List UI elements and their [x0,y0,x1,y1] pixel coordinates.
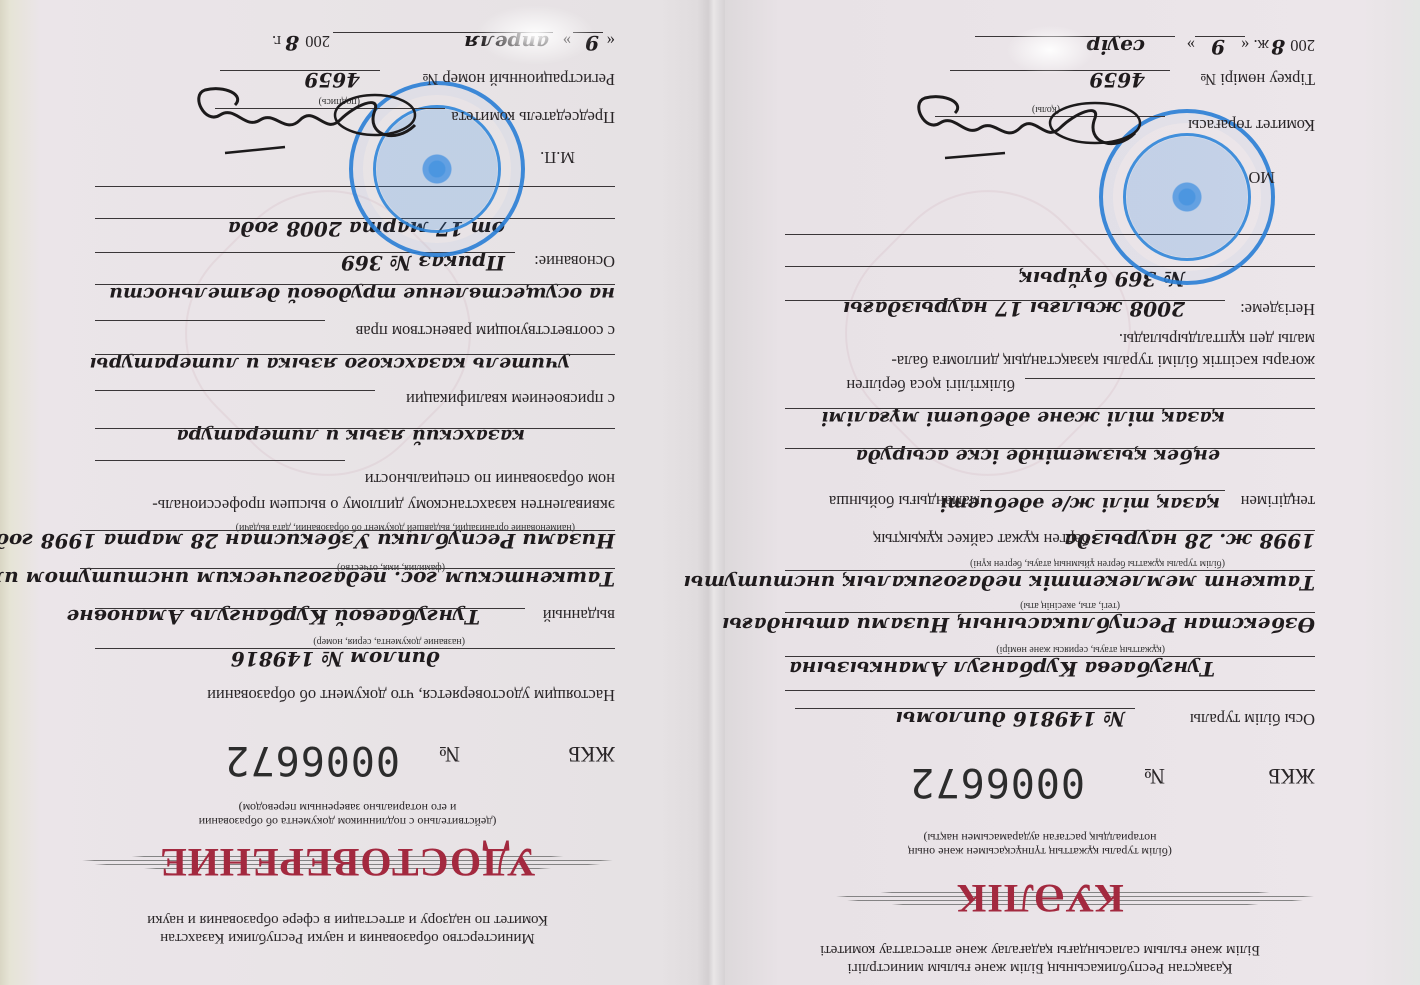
ru-date-prefix: 200 [305,31,330,51]
kz-number-sign: № [1144,763,1165,789]
kz-subtitle-1: (білім туралы құжаттың түпнұсқасымен жән… [765,845,1315,859]
ru-text-equiv-1: эквивалентен казахстанскому диплому о вы… [152,495,615,515]
kz-text-given: берген құжат сайкес құқықтық [873,529,1090,549]
ru-doc-value: диплом № 149816 [231,647,440,671]
ru-header-line-2: Комитет по надзору и аттестации в сфере … [80,911,615,929]
kz-caption-org: (білім туралы құжатты берген ұйымның ата… [970,558,1225,569]
ru-number-sign: № [439,741,460,767]
kz-text-spec: мамандығы бойынша [829,491,980,511]
ru-reg-label: Регистрационный номер № [423,69,615,89]
ru-text-qual: с присвоением квалификации [406,389,615,409]
kz-title: КУӘЛІК [765,875,1315,921]
kz-reg-label: Тіркеу нөмірі № [1200,69,1315,89]
kz-spec-value: қазақ тілі ж/е әдебиеті [940,493,1220,515]
kz-date-value: 1998 ж. 28 наурызда [1064,529,1315,553]
kz-name-value: Тунгубаева Курбангул Аманкызына [789,657,1215,681]
kz-header-line-2: Білім және ғылым саласындағы қадағалау ж… [765,941,1315,959]
center-fold [697,0,725,985]
kz-caption-doc: (құжаттың атауы, сериясы және нөмірі) [996,644,1165,655]
ru-date-year: 8 [285,31,299,55]
ru-basis-label: Основание: [534,251,615,271]
ru-subtitle-1: (действительно с подлинником документа о… [80,815,615,829]
ru-caption-org: (наименование организации, выдавшей доку… [236,522,575,533]
kz-text-end-2: малы деп құпталдырылады. [1119,329,1315,349]
ru-series: ЖКБ [568,741,615,767]
kz-chair-label: Комитет төрағасы [1188,115,1315,135]
kz-date-close: » [1187,35,1195,55]
signature-kz [895,83,1155,173]
russian-page: Министерство образования и науки Республ… [80,0,615,985]
ru-qual-value: учитель казахского языка и литературы [90,353,570,375]
kz-text-qual: біліктілігі қоса берілген [846,375,1015,395]
ru-chair-label: Председатель комитета [451,107,615,127]
kz-date-prefix: 200 [1290,35,1315,55]
ru-title: УДОСТОВЕРЕНИЕ [80,839,615,885]
kazakh-page: Қазақстан Республикасының Білім және ғыл… [765,0,1315,985]
ru-text-equiv-2: ном образовании по специальности [365,469,615,489]
kz-date-year: 8 [1271,35,1285,59]
kz-date-month: сәуір [1087,35,1145,59]
kz-text-end-1: жоғары кәсіптік білімі туралы қазақстанд… [891,351,1315,371]
kz-org-value-1: Өзбекстан Республикасының Низами атындағ… [722,613,1315,637]
ru-work-value: на осуществление трудовой деятельности [109,283,615,305]
ru-subtitle-2: и его нотариально заверенным переводом) [80,801,615,815]
kz-doc-value: № 149816 дипломы [896,707,1126,731]
ru-serial-number: 0006672 [224,737,400,783]
document-sheet: Қазақстан Республикасының Білім және ғыл… [0,0,1420,985]
ru-issued-label: выданный [543,605,615,625]
ru-intro: Настоящим удостоверяется, что документ о… [207,685,615,705]
kz-header-line-1: Қазақстан Республикасының Білім және ғыл… [765,959,1315,977]
ru-mp-label: М.П. [540,147,575,167]
ru-text-rights: с соответствующим равенством прав [356,321,615,341]
kz-series: ЖКБ [1268,763,1315,789]
ru-header-line-1: Министерство образования и науки Республ… [80,929,615,947]
kz-reg-value: 4659 [1089,68,1145,92]
ru-date-open: « [607,31,615,51]
kz-basis-label: Негіздеме: [1240,299,1315,319]
kz-date-suffix: ж. « [1241,35,1269,55]
kz-date-day: 9 [1211,35,1225,59]
ru-caption-doc: (название документа, серия, номер) [313,636,465,647]
kz-qual-value: қазақ тілі және әдебиеті мұғалімі [821,407,1225,429]
kz-text-equal: теңдігімен [1241,491,1315,511]
kz-intro-label: Осы білім туралы [1190,709,1315,729]
ru-date-suffix: г. [272,31,281,51]
kz-mo-label: МО [1248,167,1275,187]
glare [475,5,595,65]
kz-org-value-2: Ташкент мемлекеттік педагогикалық инстит… [684,571,1315,595]
ru-reg-value: 4659 [304,68,360,92]
kz-serial-number: 0006672 [909,759,1085,805]
ru-title-block: УДОСТОВЕРЕНИЕ [80,839,615,885]
kz-title-block: КУӘЛІК [765,875,1315,921]
kz-caption-name: (тегі, аты, әкесінің аты) [1020,600,1120,611]
ru-org-value-1: Ташкентским гос. педагогическим институт… [0,567,615,591]
glare [1005,25,1095,75]
kz-subtitle-2: нотариалдық растаған аударамасымен нақты… [765,831,1315,845]
